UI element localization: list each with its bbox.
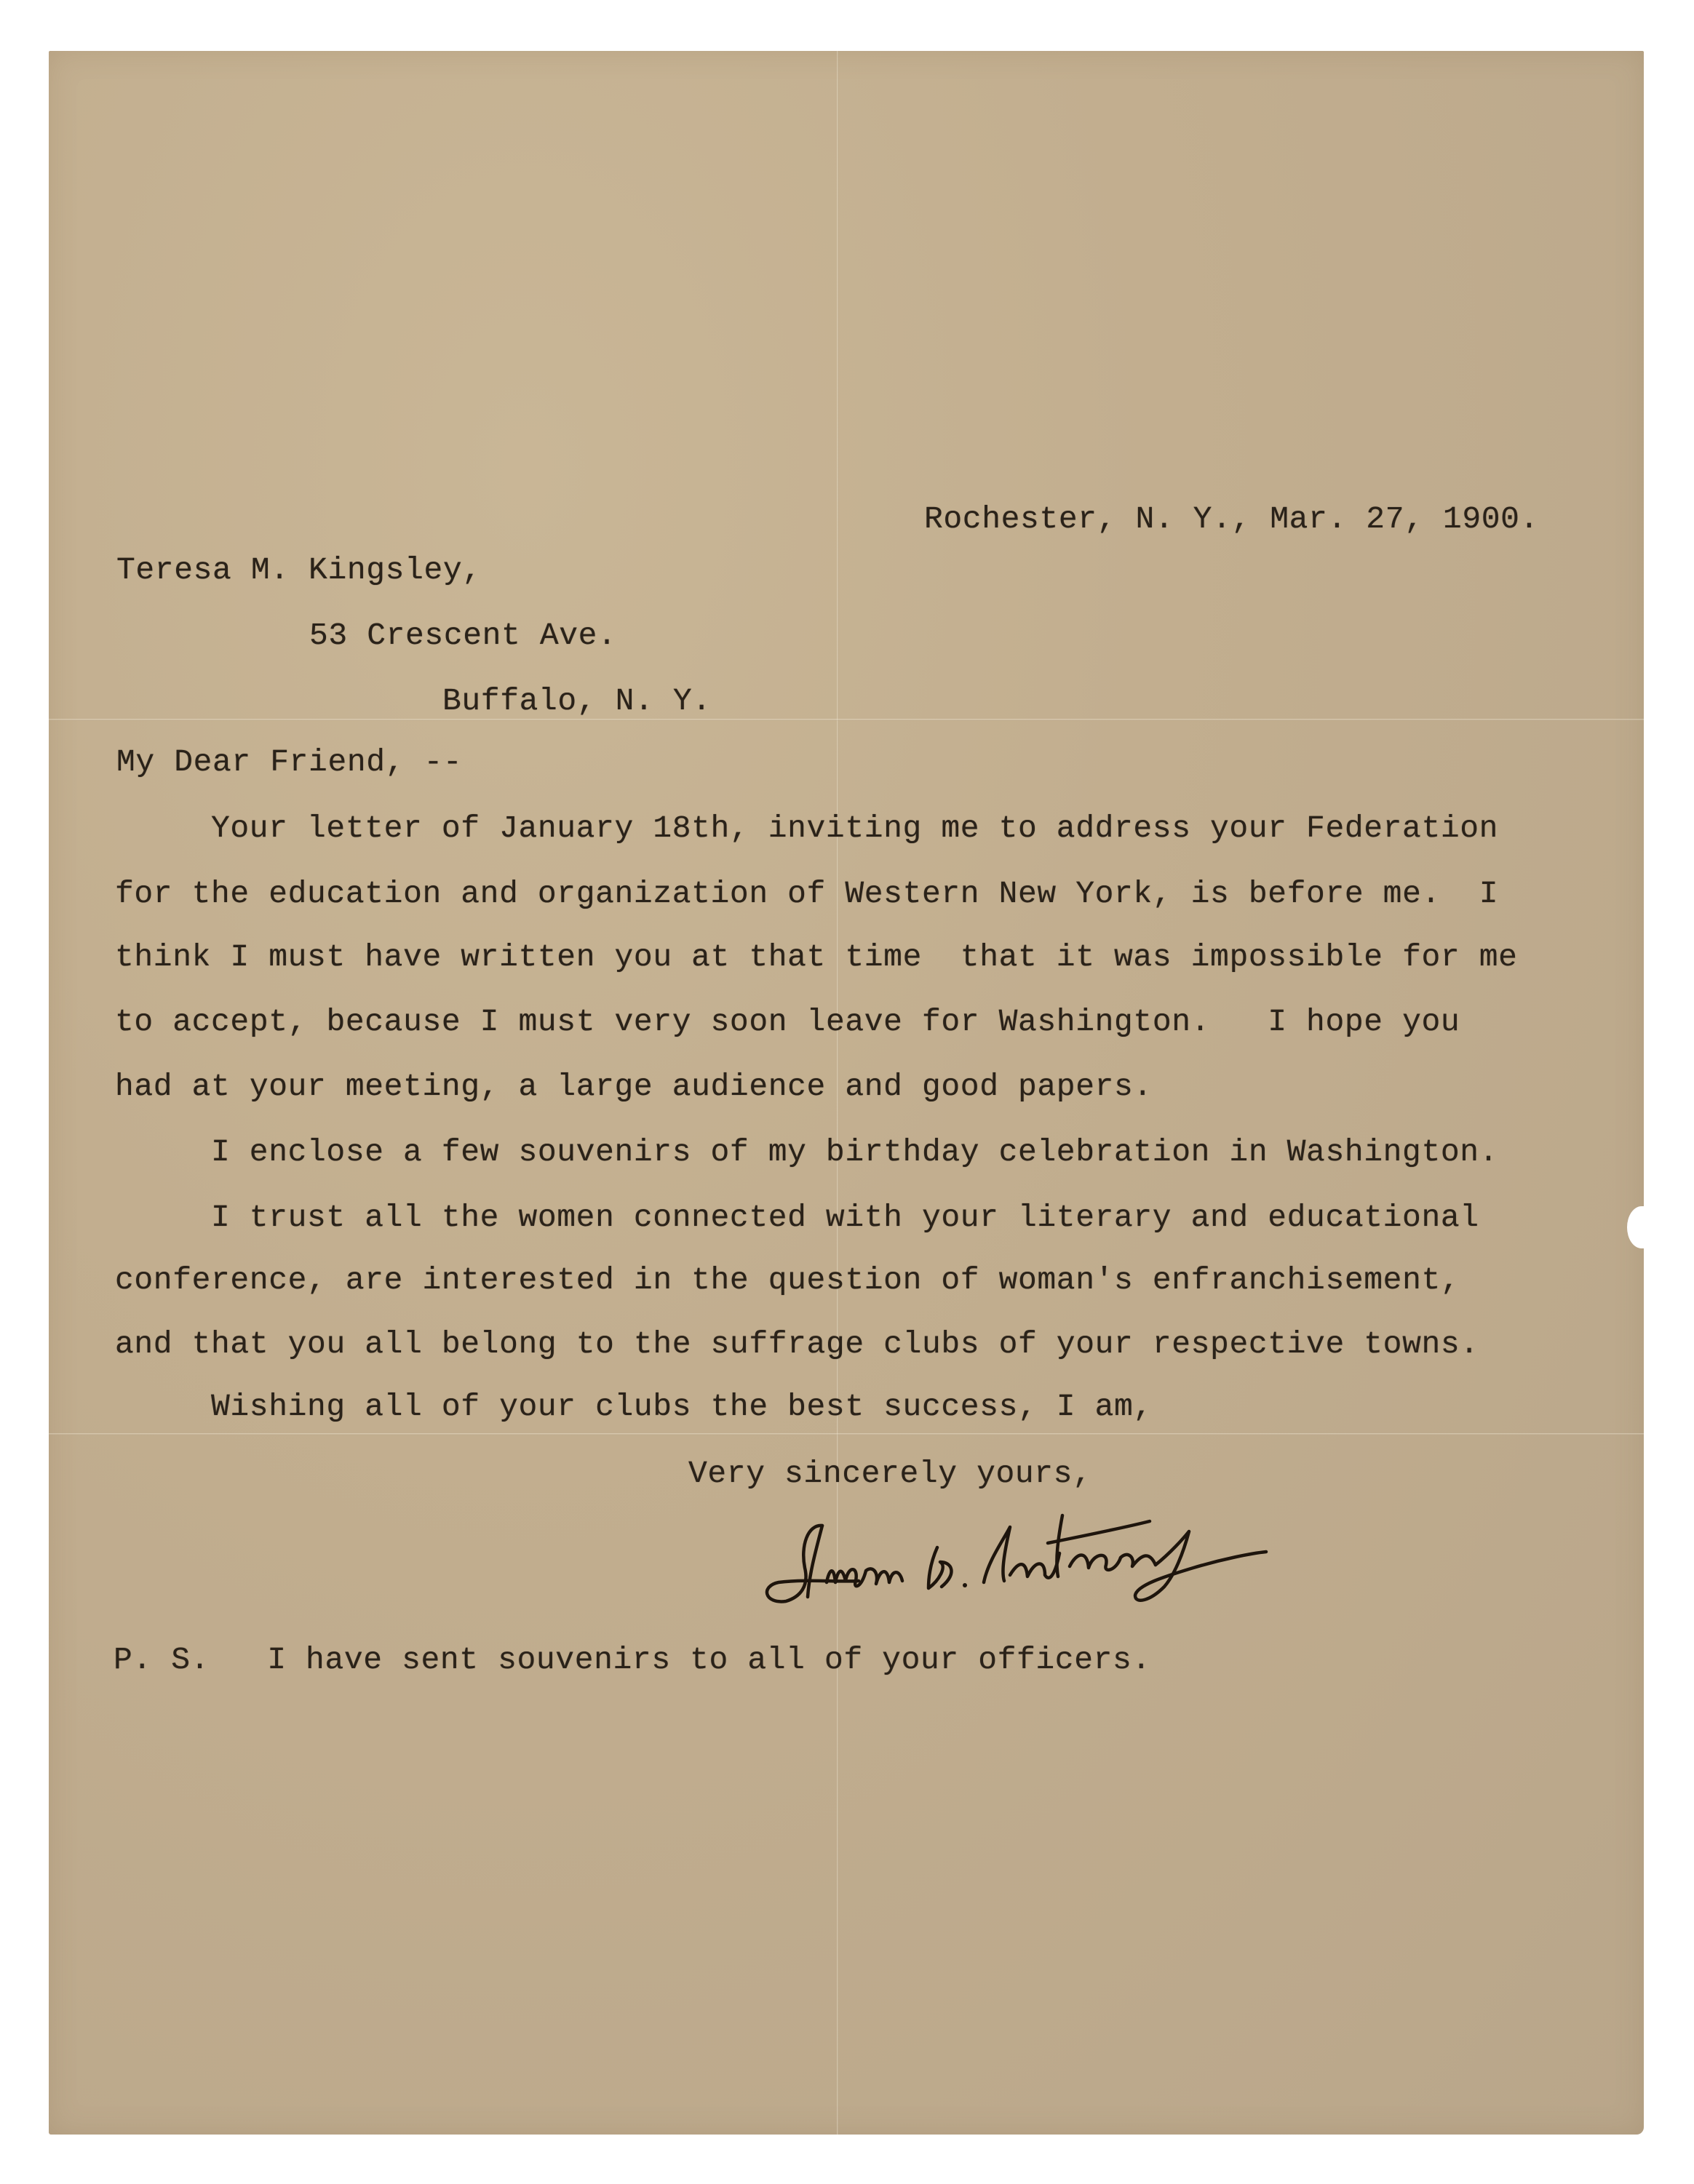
horizontal-fold-crease-lower — [49, 1433, 1644, 1435]
body-line: I trust all the women connected with you… — [211, 1202, 1479, 1233]
dateline: Rochester, N. Y., Mar. 27, 1900. — [924, 503, 1539, 535]
body-line: had at your meeting, a large audience an… — [115, 1071, 1153, 1102]
postscript: P. S. I have sent souvenirs to all of yo… — [114, 1644, 1151, 1675]
body-line: think I must have written you at that ti… — [115, 941, 1518, 973]
recipient-street: 53 Crescent Ave. — [309, 620, 616, 651]
body-line: I enclose a few souvenirs of my birthday… — [211, 1136, 1498, 1168]
signature-susan-b-anthony — [757, 1495, 1564, 1619]
recipient-name: Teresa M. Kingsley, — [116, 554, 482, 586]
body-line: to accept, because I must very soon leav… — [115, 1006, 1460, 1037]
recipient-city: Buffalo, N. Y. — [442, 685, 712, 717]
horizontal-fold-crease-upper — [49, 719, 1644, 721]
closing: Very sincerely yours, — [688, 1458, 1092, 1489]
body-line: Wishing all of your clubs the best succe… — [211, 1391, 1153, 1422]
paper-edge-notch — [1627, 1206, 1656, 1248]
body-line: for the education and organization of We… — [115, 878, 1498, 909]
body-line: conference, are interested in the questi… — [115, 1264, 1460, 1296]
body-line: and that you all belong to the suffrage … — [115, 1328, 1479, 1360]
body-line: Your letter of January 18th, inviting me… — [211, 813, 1498, 844]
salutation: My Dear Friend, -- — [116, 746, 462, 778]
